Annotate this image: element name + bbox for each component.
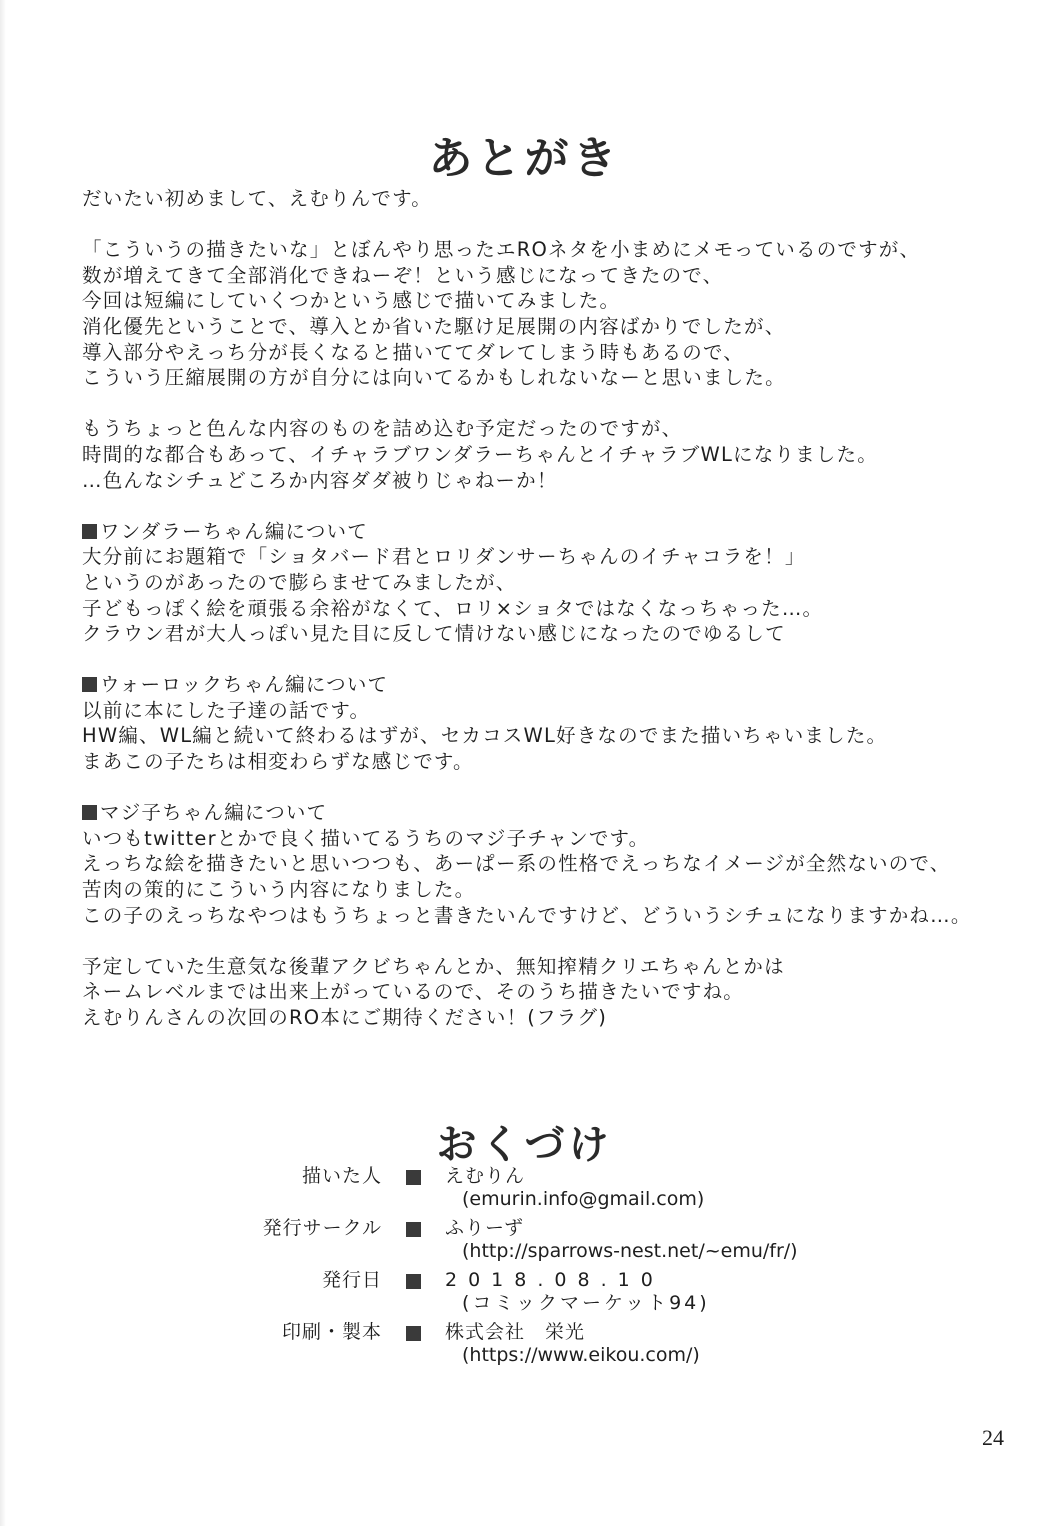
- text-line: …色んなシチュどころか内容ダダ被りじゃねーか！: [82, 468, 982, 494]
- square-bullet-icon: [406, 1170, 421, 1185]
- paragraph-plans: もうちょっと色んな内容のものを詰め込む予定だったのですが、 時間的な都合もあって…: [82, 416, 982, 493]
- section-heading: マジ子ちゃん編について: [82, 800, 982, 826]
- section-heading-text: ウォーロックちゃん編について: [100, 673, 388, 696]
- text-line: いつもtwitterとかで良く描いてるうちのマジ子チャンです。: [82, 826, 982, 852]
- square-bullet-icon: [82, 805, 97, 820]
- afterword-body: だいたい初めまして、えむりんです。 「こういうの描きたいな」とぼんやり思ったエR…: [82, 186, 982, 1056]
- text-line: えっちな絵を描きたいと思いつつも、あーぱー系の性格でえっちなイメージが全然ないの…: [82, 851, 982, 877]
- page-number: 24: [982, 1424, 1004, 1452]
- text-line: えむりんさんの次回のRO本にご期待ください！(フラグ): [82, 1005, 982, 1031]
- paragraph-intro: 「こういうの描きたいな」とぼんやり思ったエROネタを小まめにメモっているのですが…: [82, 237, 982, 391]
- afterword-title: あとがき: [0, 129, 1049, 189]
- colophon-label: 発行日: [322, 1268, 382, 1292]
- text-line: 予定していた生意気な後輩アクビちゃんとか、無知搾精クリエちゃんとかは: [82, 954, 982, 980]
- colophon-label: 発行サークル: [263, 1216, 382, 1240]
- colophon-event: (コミックマーケット94): [462, 1291, 710, 1315]
- text-line: クラウン君が大人っぽい見た目に反して情けない感じになったのでゆるして: [82, 621, 982, 647]
- paragraph-greeting: だいたい初めまして、えむりんです。: [82, 186, 982, 212]
- section-warlock: ウォーロックちゃん編について 以前に本にした子達の話です。 HW編、WL編と続い…: [82, 672, 982, 774]
- square-bullet-icon: [406, 1274, 421, 1289]
- colophon-email: (emurin.info@gmail.com): [462, 1187, 704, 1211]
- text-line: ネームレベルまでは出来上がっているので、そのうち描きたいですね。: [82, 979, 982, 1005]
- section-wanderer: ワンダラーちゃん編について 大分前にお題箱で「ショタバード君とロリダンサーちゃん…: [82, 519, 982, 647]
- square-bullet-icon: [82, 524, 97, 539]
- colophon-url: (https://www.eikou.com/): [462, 1343, 700, 1367]
- text-line: 以前に本にした子達の話です。: [82, 698, 982, 724]
- book-page: あとがき だいたい初めまして、えむりんです。 「こういうの描きたいな」とぼんやり…: [0, 0, 1049, 1526]
- text-line: 導入部分やえっち分が長くなると描いててダレてしまう時もあるので、: [82, 340, 982, 366]
- text-line: この子のえっちなやつはもうちょっと書きたいんですけど、どういうシチュになりますか…: [82, 903, 982, 929]
- text-line: 今回は短編にしていくつかという感じで描いてみました。: [82, 288, 982, 314]
- section-magician: マジ子ちゃん編について いつもtwitterとかで良く描いてるうちのマジ子チャン…: [82, 800, 982, 928]
- section-heading-text: マジ子ちゃん編について: [100, 801, 327, 824]
- colophon-value: 株式会社 栄光: [445, 1320, 585, 1344]
- text-line: こういう圧縮展開の方が自分には向いてるかもしれないなーと思いました。: [82, 365, 982, 391]
- text-line: 時間的な都合もあって、イチャラブワンダラーちゃんとイチャラブWLになりました。: [82, 442, 982, 468]
- colophon-row-circle: 発行サークル ふりーず (http://sparrows-nest.net/~e…: [0, 1216, 1049, 1268]
- text-line: 消化優先ということで、導入とか省いた駆け足展開の内容ばかりでしたが、: [82, 314, 982, 340]
- paragraph-closing: 予定していた生意気な後輩アクビちゃんとか、無知搾精クリエちゃんとかは ネームレベ…: [82, 954, 982, 1031]
- colophon-label: 印刷・製本: [282, 1320, 382, 1344]
- square-bullet-icon: [406, 1326, 421, 1341]
- colophon-value: ふりーず: [445, 1216, 524, 1240]
- colophon-label: 描いた人: [302, 1164, 382, 1188]
- square-bullet-icon: [406, 1222, 421, 1237]
- section-heading: ウォーロックちゃん編について: [82, 672, 982, 698]
- colophon-row-date: 発行日 2018.08.10 (コミックマーケット94): [0, 1268, 1049, 1320]
- colophon-value: 2018.08.10: [445, 1268, 664, 1292]
- section-heading: ワンダラーちゃん編について: [82, 519, 982, 545]
- text-line: というのがあったので膨らませてみましたが、: [82, 570, 982, 596]
- colophon-row-printer: 印刷・製本 株式会社 栄光 (https://www.eikou.com/): [0, 1320, 1049, 1372]
- section-heading-text: ワンダラーちゃん編について: [100, 520, 368, 543]
- text-line: もうちょっと色んな内容のものを詰め込む予定だったのですが、: [82, 416, 982, 442]
- text-line: 苦肉の策的にこういう内容になりました。: [82, 877, 982, 903]
- colophon-row-author: 描いた人 えむりん (emurin.info@gmail.com): [0, 1164, 1049, 1216]
- text-line: 数が増えてきて全部消化できねーぞ！という感じになってきたので、: [82, 263, 982, 289]
- text-line: まあこの子たちは相変わらずな感じです。: [82, 749, 982, 775]
- text-line: 子どもっぽく絵を頑張る余裕がなくて、ロリ×ショタではなくなっちゃった…。: [82, 596, 982, 622]
- text-line: 大分前にお題箱で「ショタバード君とロリダンサーちゃんのイチャコラを！」: [82, 544, 982, 570]
- text-line: HW編、WL編と続いて終わるはずが、セカコスWL好きなのでまた描いちゃいました。: [82, 723, 982, 749]
- colophon-url: (http://sparrows-nest.net/~emu/fr/): [462, 1239, 798, 1263]
- colophon-value: えむりん: [445, 1164, 525, 1188]
- square-bullet-icon: [82, 677, 97, 692]
- text-line: 「こういうの描きたいな」とぼんやり思ったエROネタを小まめにメモっているのですが…: [82, 237, 982, 263]
- colophon-table: 描いた人 えむりん (emurin.info@gmail.com) 発行サークル…: [0, 1164, 1049, 1372]
- text-line: だいたい初めまして、えむりんです。: [82, 186, 982, 212]
